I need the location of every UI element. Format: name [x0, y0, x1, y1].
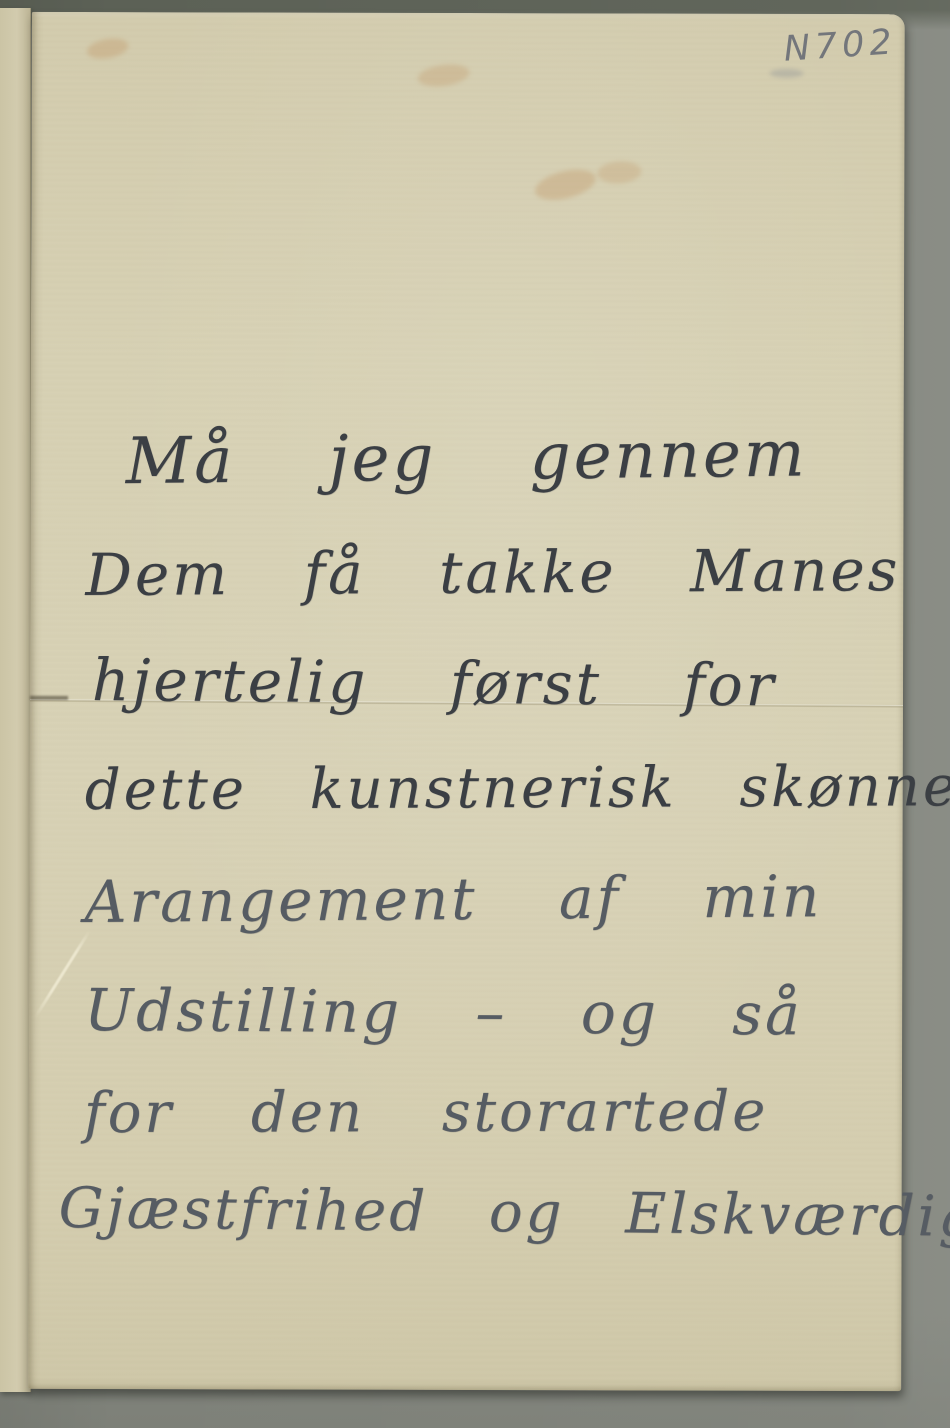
- handwriting-line-7: for den storartede: [84, 1079, 769, 1146]
- letter-page: N702 Må jeg gennem Dem få takke Manes hj…: [28, 12, 905, 1391]
- pencil-smear: [770, 69, 804, 78]
- archival-number: N702: [783, 22, 898, 69]
- handwriting-line-4: dette kunstnerisk skønne: [85, 754, 950, 823]
- handwriting-line-3: hjertelig først for: [92, 646, 777, 719]
- paper-scratch: [34, 930, 91, 1018]
- paper-stain: [532, 164, 599, 205]
- fold-edge-notch: [30, 696, 68, 700]
- scanned-letter-background: N702 Må jeg gennem Dem få takke Manes hj…: [0, 0, 950, 1428]
- handwriting-line-1: Må jeg gennem: [125, 417, 808, 499]
- handwriting-line-6: Udstilling – og så: [84, 976, 803, 1048]
- handwriting-line-2: Dem få takke Manes: [85, 536, 900, 609]
- paper-stain: [597, 160, 642, 185]
- paper-stain: [416, 61, 470, 89]
- handwriting-line-5: Arangement af min: [84, 862, 822, 936]
- second-leaf-edge: [0, 8, 31, 1392]
- paper-stain: [85, 36, 130, 62]
- handwriting-line-8: Gjæstfrihed og Elskværdig: [58, 1176, 950, 1250]
